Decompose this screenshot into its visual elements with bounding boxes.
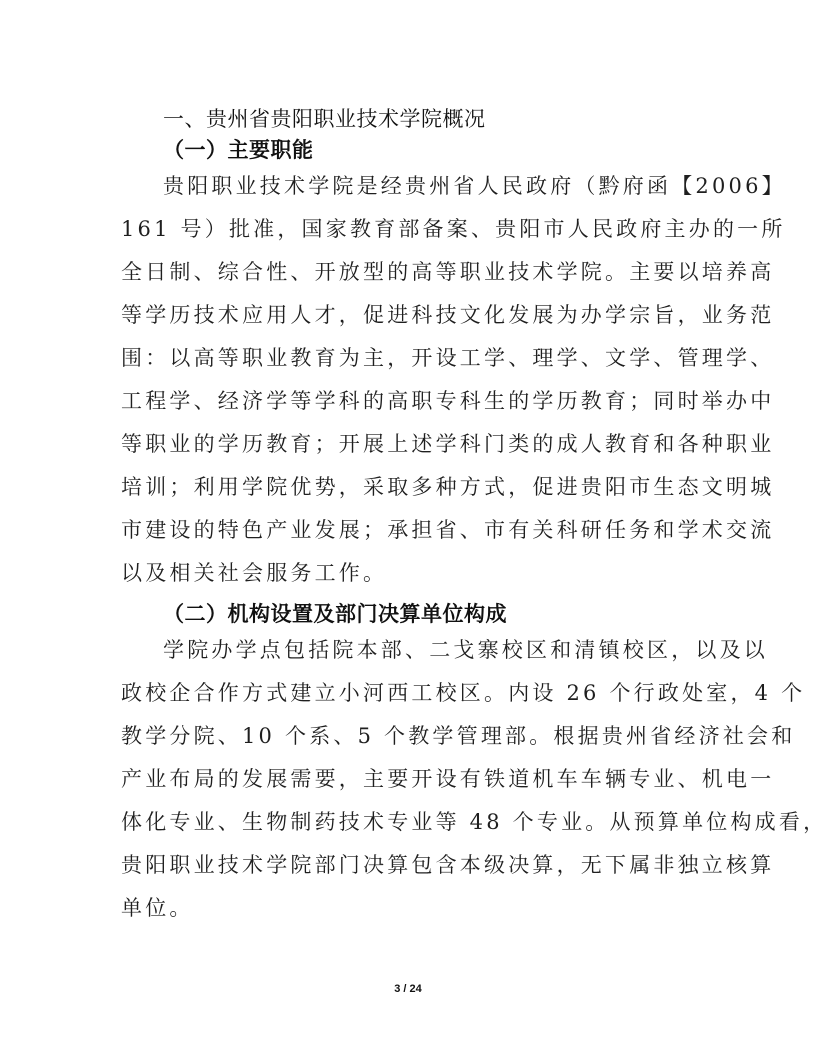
paragraph-line: 政校企合作方式建立小河西工校区。内设 26 个行政处室，4 个	[121, 680, 697, 706]
paragraph-line: 培训；利用学院优势，采取多种方式，促进贵阳市生态文明城	[121, 474, 697, 500]
paragraph-line: 等职业的学历教育；开展上述学科门类的成人教育和各种职业	[121, 431, 697, 457]
page-number: 3 / 24	[0, 983, 816, 995]
paragraph-line: 161 号）批准，国家教育部备案、贵阳市人民政府主办的一所	[121, 216, 697, 242]
paragraph-line: 围：以高等职业教育为主，开设工学、理学、文学、管理学、	[121, 345, 697, 371]
section-title-main-functions: （一）主要职能	[163, 137, 314, 163]
paragraph-line: 全日制、综合性、开放型的高等职业技术学院。主要以培养高	[121, 259, 697, 285]
paragraph-line: 等学历技术应用人才，促进科技文化发展为办学宗旨，业务范	[121, 302, 697, 328]
document-page: 一、贵州省贵阳职业技术学院概况 （一）主要职能 贵阳职业技术学院是经贵州省人民政…	[0, 0, 816, 1056]
paragraph-line: 教学分院、10 个系、5 个教学管理部。根据贵州省经济社会和	[121, 723, 697, 749]
section-title-organization: （二）机构设置及部门决算单位构成	[163, 601, 507, 627]
paragraph-line: 工程学、经济学等学科的高职专科生的学历教育；同时举办中	[121, 388, 697, 414]
paragraph-line: 贵阳职业技术学院是经贵州省人民政府（黔府函【2006】	[163, 173, 697, 199]
paragraph-line: 市建设的特色产业发展；承担省、市有关科研任务和学术交流	[121, 517, 697, 543]
heading-overview: 一、贵州省贵阳职业技术学院概况	[163, 106, 486, 132]
paragraph-line: 产业布局的发展需要，主要开设有铁道机车车辆专业、机电一	[121, 766, 697, 792]
paragraph-line: 学院办学点包括院本部、二戈寨校区和清镇校区，以及以	[163, 637, 697, 663]
paragraph-line: 单位。	[121, 895, 697, 921]
paragraph-line: 贵阳职业技术学院部门决算包含本级决算，无下属非独立核算	[121, 852, 697, 878]
paragraph-line: 体化专业、生物制药技术专业等 48 个专业。从预算单位构成看，	[121, 809, 697, 835]
paragraph-line: 以及相关社会服务工作。	[121, 560, 697, 586]
